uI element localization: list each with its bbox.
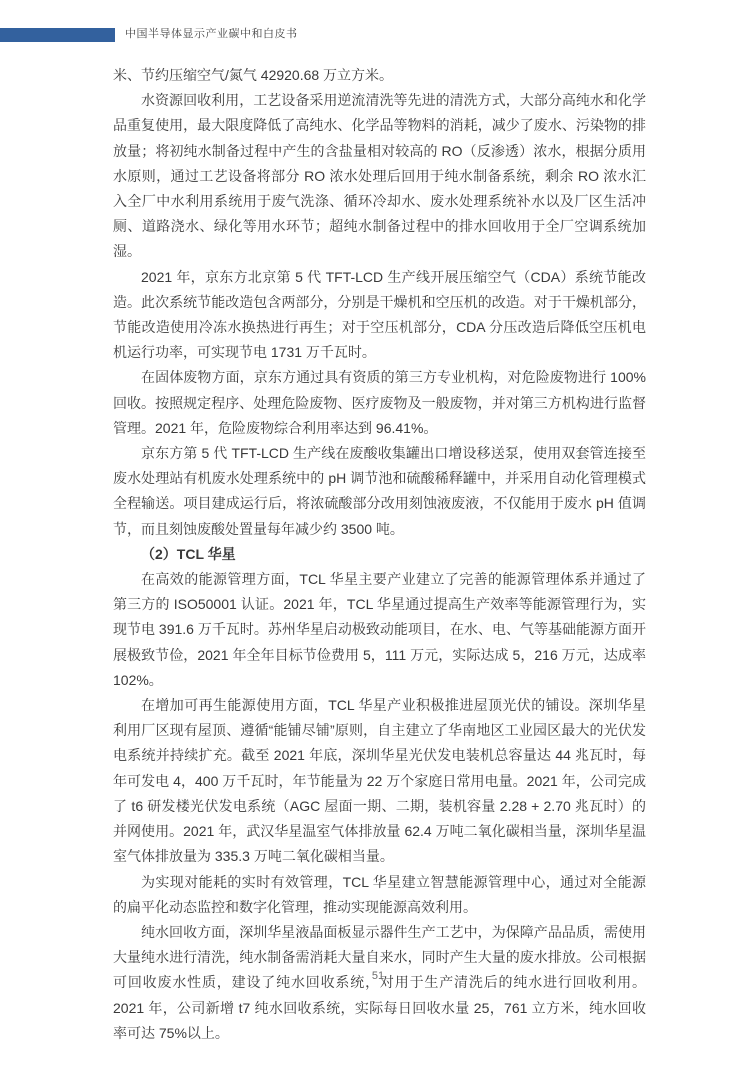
- paragraph: 为实现对能耗的实时有效管理，TCL 华星建立智慧能源管理中心，通过对全能源的扁平…: [113, 870, 646, 920]
- paragraph: 京东方第 5 代 TFT-LCD 生产线在废酸收集罐出口增设移送泵，使用双套管连…: [113, 441, 646, 542]
- paragraph: 在增加可再生能源使用方面，TCL 华星产业积极推进屋顶光伏的铺设。深圳华星利用厂…: [113, 693, 646, 869]
- paragraph: 纯水回收方面，深圳华星液晶面板显示器件生产工艺中，为保障产品品质，需使用大量纯水…: [113, 920, 646, 1046]
- page-body: 米、节约压缩空气/氮气 42920.68 万立方米。 水资源回收利用，工艺设备采…: [113, 63, 646, 1046]
- page-number: 51: [0, 970, 756, 982]
- paragraph-continuation: 米、节约压缩空气/氮气 42920.68 万立方米。: [113, 63, 646, 88]
- paragraph: 在高效的能源管理方面，TCL 华星主要产业建立了完善的能源管理体系并通过了第三方…: [113, 567, 646, 693]
- paragraph: 水资源回收利用，工艺设备采用逆流清洗等先进的清洗方式，大部分高纯水和化学品重复使…: [113, 88, 646, 264]
- section-heading: （2）TCL 华星: [113, 542, 646, 567]
- paragraph: 2021 年，京东方北京第 5 代 TFT-LCD 生产线开展压缩空气（CDA）…: [113, 265, 646, 366]
- header-accent-bar: [0, 28, 115, 42]
- document-header-title: 中国半导体显示产业碳中和白皮书: [125, 27, 298, 42]
- paragraph: 在固体废物方面，京东方通过具有资质的第三方专业机构，对危险废物进行 100%回收…: [113, 365, 646, 441]
